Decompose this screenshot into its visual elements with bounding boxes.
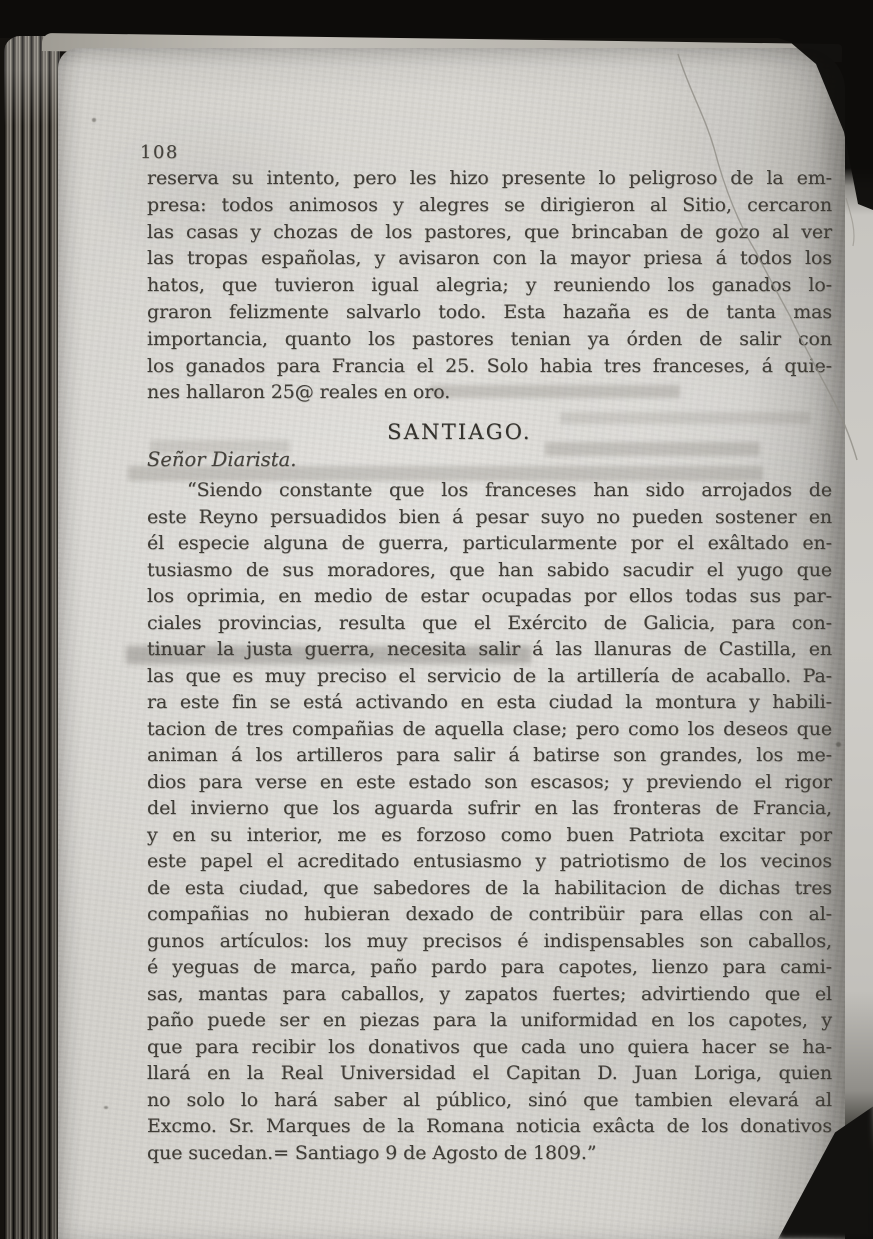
text-line: llará en la Real Universidad el Capitan … xyxy=(147,1060,832,1087)
text-line: “Siendo constante que los franceses han … xyxy=(147,477,832,504)
text-line: é yeguas de marca, paño pardo para capot… xyxy=(147,954,832,981)
text-line: presa: todos animosos y alegres se dirig… xyxy=(147,192,832,219)
text-line: importancia, quanto los pastores tenian … xyxy=(147,326,832,353)
text-line: tacion de tres compañias de aquella clas… xyxy=(147,716,832,743)
text-line: hatos, que tuvieron igual alegria; y reu… xyxy=(147,272,832,299)
text-line: ciales provincias, resulta que el Exérci… xyxy=(147,610,832,637)
text-line: tinuar la justa guerra, necesita salir á… xyxy=(147,636,832,663)
scanned-book-photo: 108 reserva su intento, pero les hizo pr… xyxy=(0,0,873,1239)
page-number: 108 xyxy=(140,142,179,163)
scan-speck xyxy=(92,118,96,122)
scan-speck xyxy=(836,742,841,747)
text-line: las que es muy preciso el servicio de la… xyxy=(147,663,832,690)
text-line: los oprimia, en medio de estar ocupadas … xyxy=(147,583,832,610)
text-line: las casas y chozas de los pastores, que … xyxy=(147,219,832,246)
text-line: de esta ciudad, que sabedores de la habi… xyxy=(147,875,832,902)
text-line: Excmo. Sr. Marques de la Romana noticia … xyxy=(147,1113,832,1140)
text-line: paño puede ser en piezas para la uniform… xyxy=(147,1007,832,1034)
text-line: dios para verse en este estado son escas… xyxy=(147,769,832,796)
text-line: sas, mantas para caballos, y zapatos fue… xyxy=(147,981,832,1008)
text-line: los ganados para Francia el 25. Solo hab… xyxy=(147,353,832,380)
text-line: este papel el acreditado entusiasmo y pa… xyxy=(147,848,832,875)
section-heading: SANTIAGO. xyxy=(117,420,802,444)
text-line: del invierno que los aguarda sufrir en l… xyxy=(147,795,832,822)
text-line: graron felizmente salvarlo todo. Esta ha… xyxy=(147,299,832,326)
scan-speck xyxy=(104,1106,108,1109)
scan-dark-background xyxy=(0,0,873,38)
text-line: que sucedan.= Santiago 9 de Agosto de 18… xyxy=(147,1140,832,1167)
text-line: nes hallaron 25@ reales en oro. xyxy=(147,379,832,406)
text-line: las tropas españolas, y avisaron con la … xyxy=(147,245,832,272)
paragraph-continuation: reserva su intento, pero les hizo presen… xyxy=(147,165,832,406)
book-page-edges xyxy=(4,36,60,1239)
text-line: tusiasmo de sus moradores, que han sabid… xyxy=(147,557,832,584)
text-line: que para recibir los donativos que cada … xyxy=(147,1034,832,1061)
text-line: y en su interior, me es forzoso como bue… xyxy=(147,822,832,849)
text-line: este Reyno persuadidos bien á pesar suyo… xyxy=(147,504,832,531)
text-line: él especie alguna de guerra, particularm… xyxy=(147,530,832,557)
text-line: gunos artículos: los muy precisos é indi… xyxy=(147,928,832,955)
text-line: animan á los artilleros para salir á bat… xyxy=(147,742,832,769)
text-line: ra este fin se está activando en esta ci… xyxy=(147,689,832,716)
text-line: no solo lo hará saber al público, sinó q… xyxy=(147,1087,832,1114)
letter-paragraph: “Siendo constante que los franceses han … xyxy=(147,477,832,1166)
text-line: compañias no hubieran dexado de contribü… xyxy=(147,901,832,928)
bleedthrough-text-artifact xyxy=(545,442,760,456)
salutation: Señor Diarista. xyxy=(147,448,296,471)
book-gutter-right xyxy=(845,0,873,1239)
text-line: reserva su intento, pero les hizo presen… xyxy=(147,165,832,192)
